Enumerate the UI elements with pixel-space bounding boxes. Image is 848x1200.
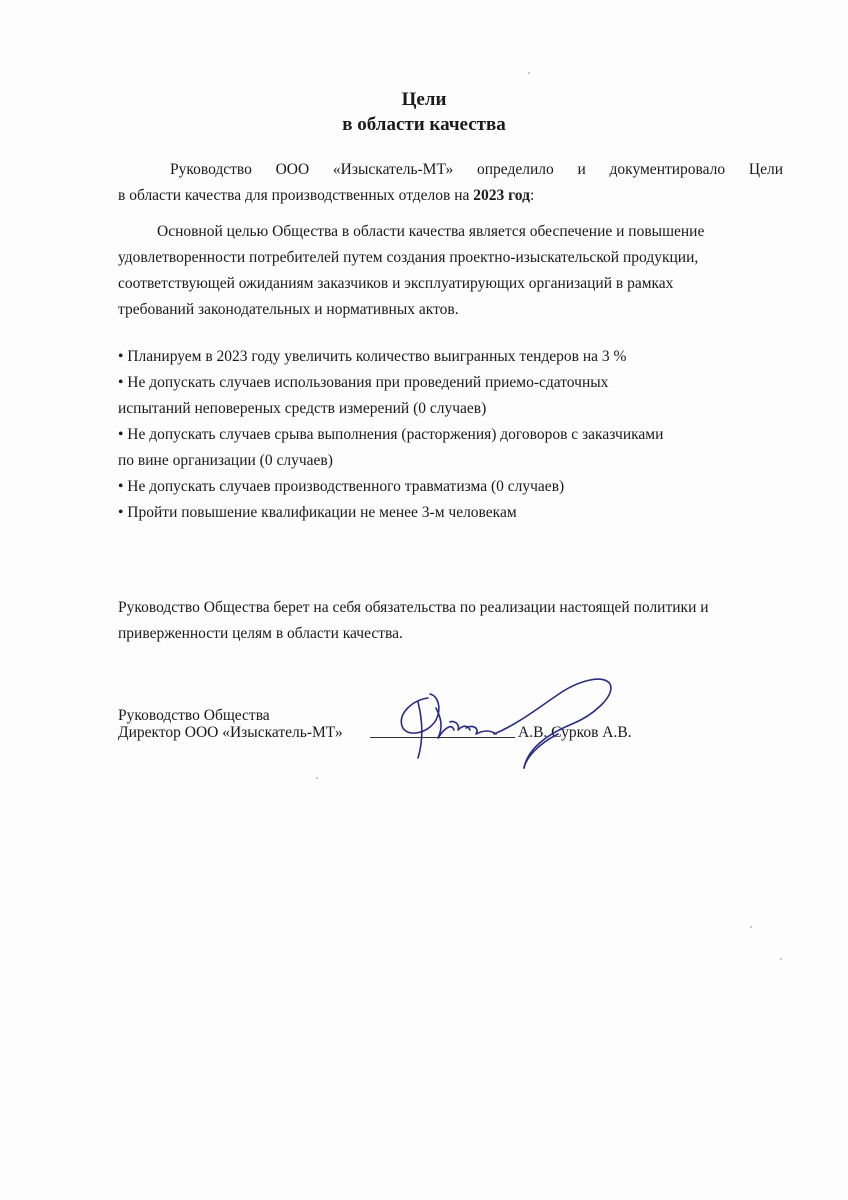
- goal-item-2-cont: испытаний неповереных средств измерений …: [118, 396, 486, 422]
- goal-item-4: • Не допускать случаев производственного…: [118, 474, 564, 500]
- scan-speck: [316, 777, 318, 779]
- goal-item-3-cont: по вине организации (0 случаев): [118, 448, 333, 474]
- goal-item-3: • Не допускать случаев срыва выполнения …: [118, 422, 663, 448]
- main-goal-line-2: удовлетворенности потребителей путем соз…: [118, 245, 698, 271]
- commitment-line-1: Руководство Общества берет на себя обяза…: [118, 595, 709, 621]
- main-goal-line-1: Основной целью Общества в области качест…: [157, 219, 704, 245]
- goal-item-1: • Планируем в 2023 году увеличить количе…: [118, 344, 626, 370]
- intro-line-1: Руководство ООО «Изыскатель-МТ» определи…: [170, 157, 783, 183]
- intro-year: 2023 год: [473, 187, 530, 204]
- intro-line-2: в области качества для производственных …: [118, 183, 534, 209]
- intro-colon: :: [530, 187, 534, 204]
- main-goal-line-4: требований законодательных и нормативных…: [118, 297, 459, 323]
- main-goal-line-3: соответствующей ожиданиям заказчиков и э…: [118, 271, 673, 297]
- document-subtitle: в области качества: [0, 113, 848, 137]
- scan-speck: [750, 926, 752, 928]
- document-title: Цели: [0, 88, 848, 112]
- document-page: Цели в области качества Руководство ООО …: [0, 0, 848, 1200]
- commitment-line-2: приверженности целям в области качества.: [118, 621, 403, 647]
- signature-title: Директор ООО «Изыскатель-МТ»: [118, 720, 343, 746]
- scan-speck: [780, 958, 782, 960]
- handwritten-signature-icon: [388, 668, 628, 778]
- goal-item-2: • Не допускать случаев использования при…: [118, 370, 608, 396]
- goal-item-5: • Пройти повышение квалификации не менее…: [118, 500, 517, 526]
- intro-text: в области качества для производственных …: [118, 187, 473, 204]
- scan-speck: [528, 72, 530, 74]
